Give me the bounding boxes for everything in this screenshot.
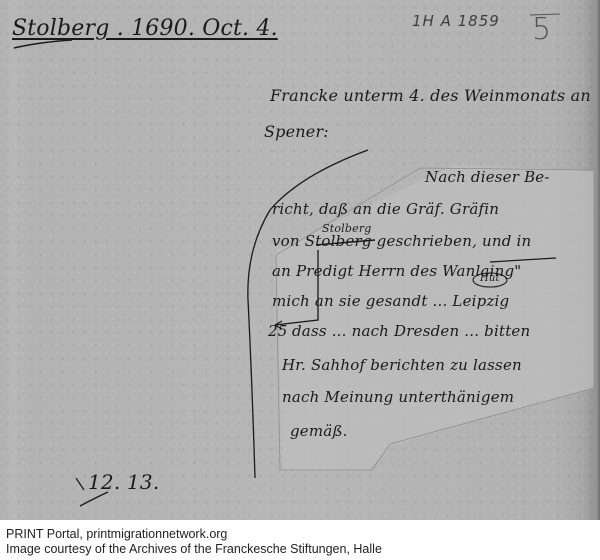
circled-word: Hut <box>480 273 500 284</box>
slip-line-3: von Stolberg geschrieben, und in <box>272 232 531 250</box>
slip-line-6: dass ... nach Dresden ... bitten <box>292 322 530 340</box>
place-date-heading: Stolberg . 1690. Oct. 4. <box>12 16 278 41</box>
inserted-correction: Stolberg <box>322 222 372 235</box>
caption-source-line: PRINT Portal, printmigrationnetwork.org <box>6 527 382 542</box>
slip-line-7: Hr. Sahhof berichten zu lassen <box>282 356 522 374</box>
slip-line-9: gemäß. <box>290 422 348 440</box>
image-caption: PRINT Portal, printmigrationnetwork.org … <box>6 527 382 557</box>
slip-line-2: richt, daß an die Gräf. Gräfin <box>272 200 499 218</box>
heading-line-1: Francke unterm 4. des Weinmonats an <box>270 86 591 105</box>
ink-strokes <box>0 0 600 520</box>
slip-line-8: nach Meinung unterthänigem <box>282 388 514 406</box>
slip-line-5: mich an sie gesandt ... Leipzig <box>272 292 509 310</box>
slip-line-1: Nach dieser Be- <box>425 168 550 186</box>
page-number: 5 <box>532 12 551 47</box>
heading-line-2: Spener: <box>264 122 329 141</box>
manuscript-scan: Stolberg . 1690. Oct. 4. 1H A 1859 5 Fra… <box>0 0 600 520</box>
archive-signature: 1H A 1859 <box>412 12 500 30</box>
folio-numbering: 12. 13. <box>88 470 159 494</box>
caption-credit-line: Image courtesy of the Archives of the Fr… <box>6 542 382 557</box>
margin-note: 25 <box>268 322 288 340</box>
